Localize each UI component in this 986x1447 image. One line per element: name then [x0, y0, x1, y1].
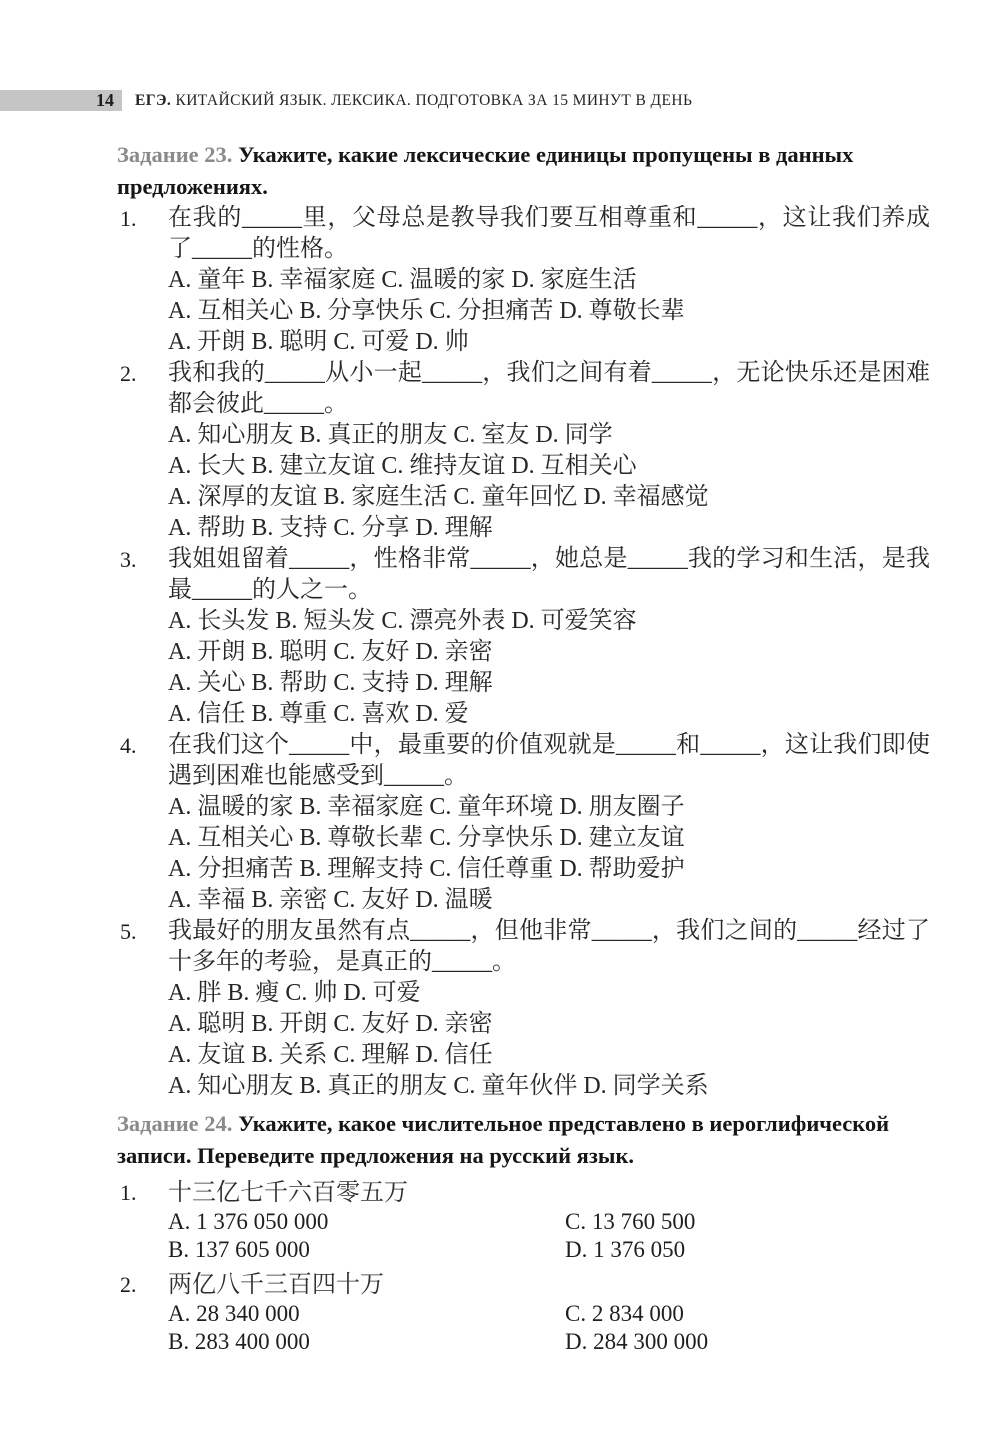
answer-options-line: A. 温暖的家 B. 幸福家庭 C. 童年环境 D. 朋友圈子 — [168, 792, 930, 823]
answer-options-line: A. 童年 B. 幸福家庭 C. 温暖的家 D. 家庭生活 — [168, 265, 930, 296]
numeral-hanzi: 两亿八千三百四十万 — [168, 1270, 930, 1300]
task-23-heading: Задание 23. Укажите, какие лексические е… — [117, 139, 898, 203]
answer-options-line: A. 帮助 B. 支持 C. 分享 D. 理解 — [168, 513, 930, 544]
numeral-option-b: B. 283 400 000 — [168, 1328, 565, 1356]
running-head-title: ЕГЭ. КИТАЙСКИЙ ЯЗЫК. ЛЕКСИКА. ПОДГОТОВКА… — [135, 90, 692, 111]
question-stem: 在我们这个_____中，最重要的价值观就是_____和_____，这让我们即使遇… — [168, 730, 930, 792]
numeral-option-c: C. 13 760 500 — [565, 1208, 930, 1236]
numeral-option-d: D. 284 300 000 — [565, 1328, 930, 1356]
answer-options-line: A. 长大 B. 建立友谊 C. 维持友谊 D. 互相关心 — [168, 451, 930, 482]
question-number: 2. — [117, 358, 168, 544]
task-24-label: Задание 24. — [117, 1111, 232, 1136]
numeral-options: A. 28 340 000 C. 2 834 000 B. 283 400 00… — [168, 1300, 930, 1356]
numeral-option-c: C. 2 834 000 — [565, 1300, 930, 1328]
answer-options-line: A. 深厚的友谊 B. 家庭生活 C. 童年回忆 D. 幸福感觉 — [168, 482, 930, 513]
task-23-label: Задание 23. — [117, 142, 232, 167]
question-stem: 我最好的朋友虽然有点_____，但他非常_____，我们之间的_____经过了十… — [168, 916, 930, 978]
answer-options-line: A. 互相关心 B. 分享快乐 C. 分担痛苦 D. 尊敬长辈 — [168, 296, 930, 327]
answer-options-line: A. 信任 B. 尊重 C. 喜欢 D. 爱 — [168, 699, 930, 730]
question-body: 我和我的_____从小一起_____，我们之间有着_____，无论快乐还是困难都… — [168, 358, 930, 544]
question-3: 3. 我姐姐留着_____，性格非常_____，她总是_____我的学习和生活，… — [117, 544, 930, 730]
answer-options-line: A. 知心朋友 B. 真正的朋友 C. 室友 D. 同学 — [168, 420, 930, 451]
page-content: Задание 23. Укажите, какие лексические е… — [117, 139, 930, 1356]
numeral-options: A. 1 376 050 000 C. 13 760 500 B. 137 60… — [168, 1208, 930, 1264]
numeral-option-a: A. 28 340 000 — [168, 1300, 565, 1328]
question-stem: 我和我的_____从小一起_____，我们之间有着_____，无论快乐还是困难都… — [168, 358, 930, 420]
numeral-option-d: D. 1 376 050 — [565, 1236, 930, 1264]
question-5: 5. 我最好的朋友虽然有点_____，但他非常_____，我们之间的_____经… — [117, 916, 930, 1102]
question-number: 5. — [117, 916, 168, 1102]
question-body: 在我们这个_____中，最重要的价值观就是_____和_____，这让我们即使遇… — [168, 730, 930, 916]
answer-options-line: A. 开朗 B. 聪明 C. 可爱 D. 帅 — [168, 327, 930, 358]
numeral-option-a: A. 1 376 050 000 — [168, 1208, 565, 1236]
question-body: 在我的_____里，父母总是教导我们要互相尊重和_____，这让我们养成了___… — [168, 203, 930, 358]
page-header: 14 ЕГЭ. КИТАЙСКИЙ ЯЗЫК. ЛЕКСИКА. ПОДГОТО… — [0, 90, 986, 111]
answer-options-line: A. 关心 B. 帮助 C. 支持 D. 理解 — [168, 668, 930, 699]
question-stem: 在我的_____里，父母总是教导我们要互相尊重和_____，这让我们养成了___… — [168, 203, 930, 265]
answer-options-line: A. 友谊 B. 关系 C. 理解 D. 信任 — [168, 1040, 930, 1071]
question-body: 我最好的朋友虽然有点_____，但他非常_____，我们之间的_____经过了十… — [168, 916, 930, 1102]
answer-options-line: A. 聪明 B. 开朗 C. 友好 D. 亲密 — [168, 1009, 930, 1040]
question-2: 2. 我和我的_____从小一起_____，我们之间有着_____，无论快乐还是… — [117, 358, 930, 544]
answer-options-line: A. 开朗 B. 聪明 C. 友好 D. 亲密 — [168, 637, 930, 668]
question-4: 4. 在我们这个_____中，最重要的价值观就是_____和_____，这让我们… — [117, 730, 930, 916]
answer-options-line: A. 幸福 B. 亲密 C. 友好 D. 温暖 — [168, 885, 930, 916]
question-stem: 我姐姐留着_____，性格非常_____，她总是_____我的学习和生活，是我最… — [168, 544, 930, 606]
answer-options-line: A. 胖 B. 瘦 C. 帅 D. 可爱 — [168, 978, 930, 1009]
answer-options-line: A. 互相关心 B. 尊敬长辈 C. 分享快乐 D. 建立友谊 — [168, 823, 930, 854]
numeral-item-number: 1. — [117, 1178, 168, 1264]
numeral-item-body: 两亿八千三百四十万 A. 28 340 000 C. 2 834 000 B. … — [168, 1270, 930, 1356]
running-head-subtitle: КИТАЙСКИЙ ЯЗЫК. ЛЕКСИКА. ПОДГОТОВКА ЗА 1… — [171, 92, 692, 109]
question-1: 1. 在我的_____里，父母总是教导我们要互相尊重和_____，这让我们养成了… — [117, 203, 930, 358]
question-number: 4. — [117, 730, 168, 916]
numeral-item-2: 2. 两亿八千三百四十万 A. 28 340 000 C. 2 834 000 … — [117, 1270, 930, 1356]
task-24-instruction: Укажите, какое числительное представлено… — [117, 1111, 889, 1168]
page-number-bar: 14 — [0, 90, 122, 111]
answer-options-line: A. 分担痛苦 B. 理解支持 C. 信任尊重 D. 帮助爱护 — [168, 854, 930, 885]
answer-options-line: A. 长头发 B. 短头发 C. 漂亮外表 D. 可爱笑容 — [168, 606, 930, 637]
numeral-item-body: 十三亿七千六百零五万 A. 1 376 050 000 C. 13 760 50… — [168, 1178, 930, 1264]
question-number: 1. — [117, 203, 168, 358]
numeral-item-number: 2. — [117, 1270, 168, 1356]
running-head-series: ЕГЭ. — [135, 92, 171, 109]
question-body: 我姐姐留着_____，性格非常_____，她总是_____我的学习和生活，是我最… — [168, 544, 930, 730]
answer-options-line: A. 知心朋友 B. 真正的朋友 C. 童年伙伴 D. 同学关系 — [168, 1071, 930, 1102]
numeral-option-b: B. 137 605 000 — [168, 1236, 565, 1264]
task-24-heading: Задание 24. Укажите, какое числительное … — [117, 1108, 898, 1172]
numeral-item-1: 1. 十三亿七千六百零五万 A. 1 376 050 000 C. 13 760… — [117, 1178, 930, 1264]
question-number: 3. — [117, 544, 168, 730]
page-number: 14 — [96, 90, 114, 111]
numeral-hanzi: 十三亿七千六百零五万 — [168, 1178, 930, 1208]
